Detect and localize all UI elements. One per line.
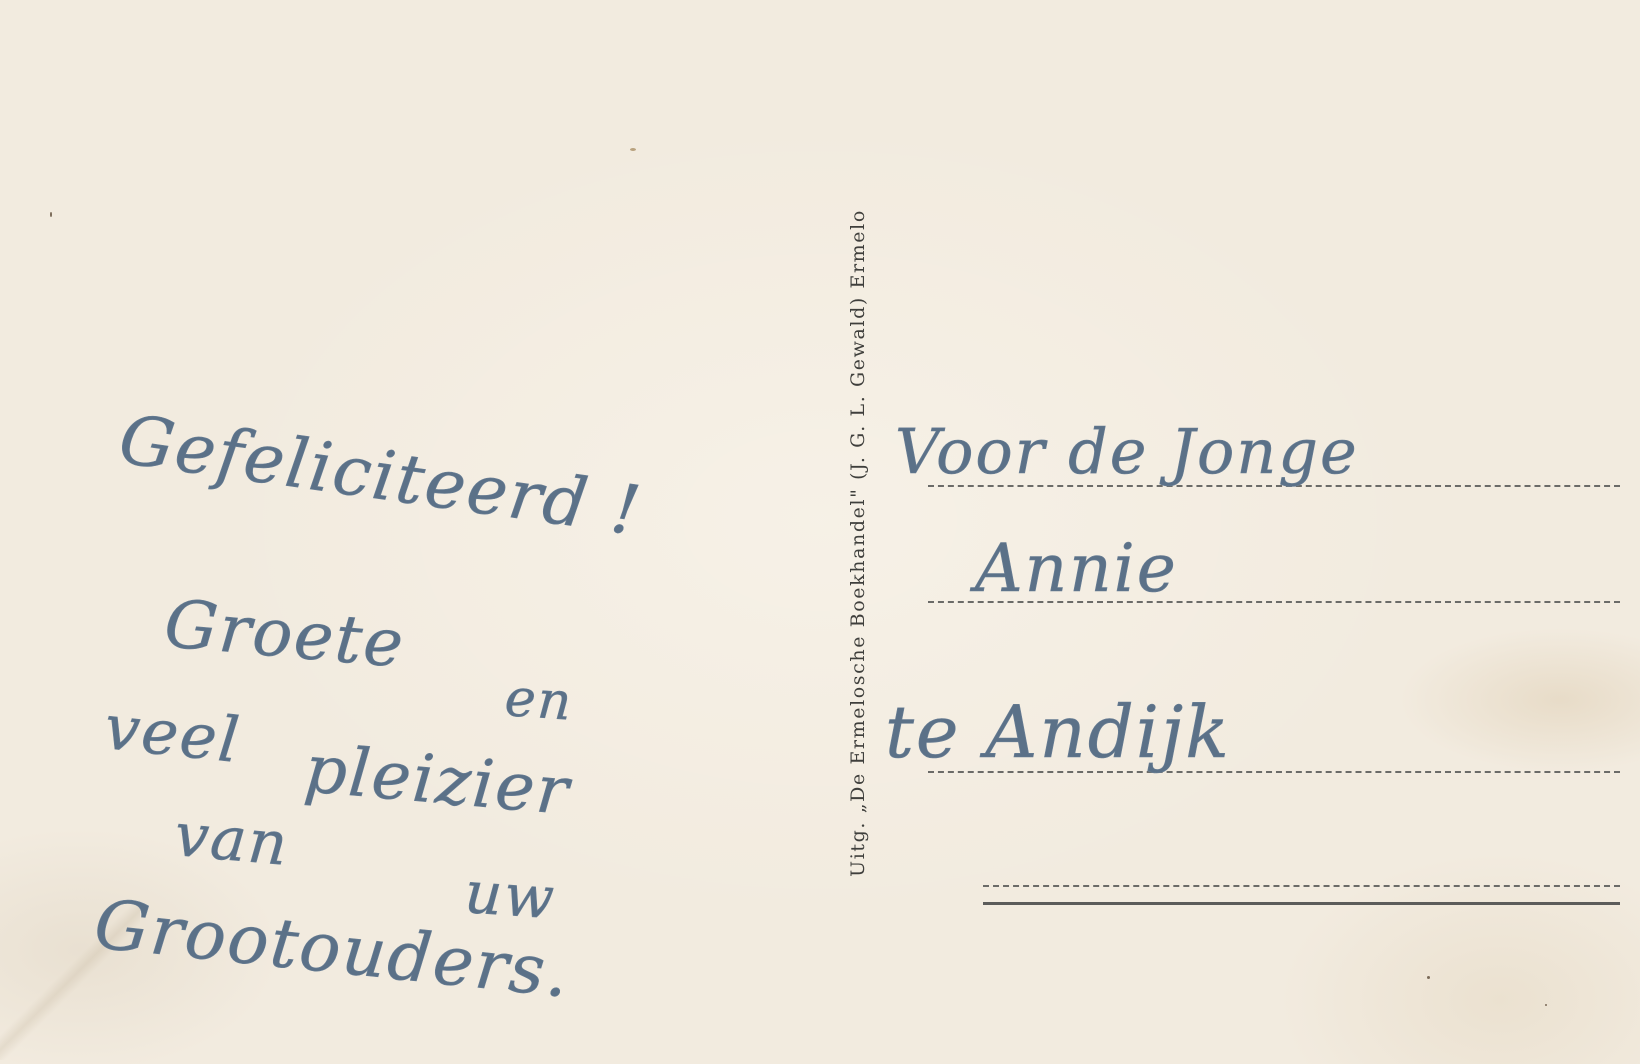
message-line-veel: veel	[101, 690, 244, 777]
paper-speck	[1545, 1004, 1547, 1006]
address-line-4	[983, 885, 1620, 887]
address-underline	[983, 902, 1620, 905]
message-line-en: en	[503, 668, 575, 733]
publisher-imprint: Uitg. „De Ermelosche Boekhandel" (J. G. …	[847, 209, 869, 877]
paper-speck	[50, 212, 52, 217]
paper-speck	[1427, 976, 1430, 979]
message-line-van: van	[172, 800, 292, 880]
address-town: te Andijk	[885, 690, 1231, 774]
address-recipient-line: Voor de Jonge	[895, 415, 1359, 488]
paper-speck	[630, 148, 636, 151]
address-recipient-name: Annie	[975, 530, 1178, 607]
message-line-uw: uw	[463, 858, 559, 932]
